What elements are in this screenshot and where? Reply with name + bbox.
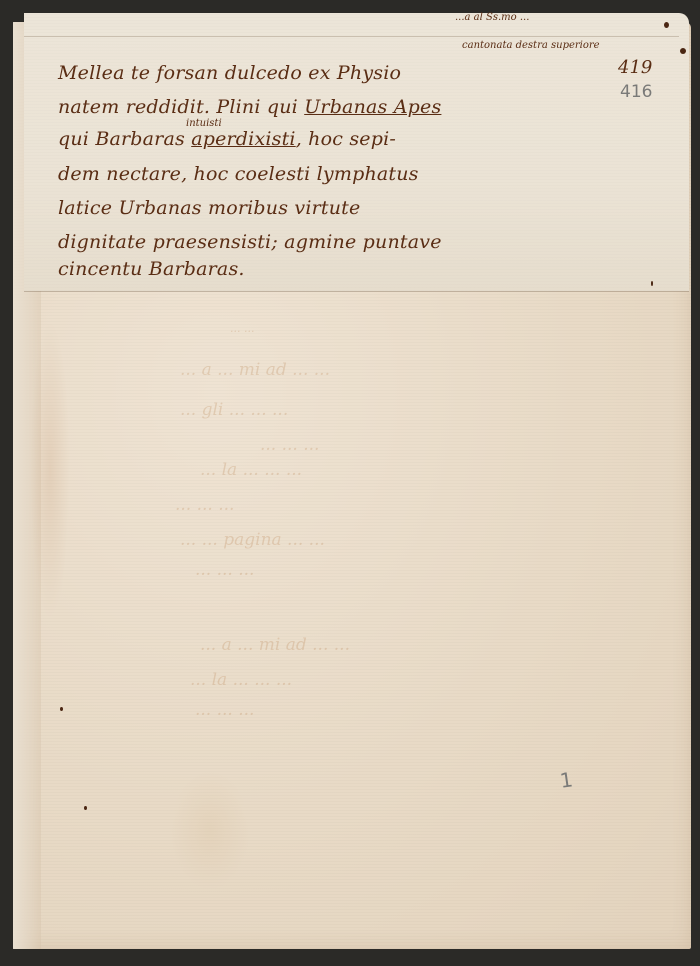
bleed-through-line: ... gli ... ... ...: [180, 400, 288, 420]
ink-spot: [680, 48, 686, 54]
bleed-through-line: ... la ... ... ...: [200, 460, 302, 480]
bleed-through-line: ... ... ...: [195, 560, 254, 580]
line-2-start: natem reddidit. Plini qui: [58, 96, 304, 118]
line-3-start: qui Barbaras: [58, 128, 191, 150]
bleed-through-line: ... a ... mi ad ... ...: [200, 635, 350, 655]
foxing-stain: [170, 770, 250, 890]
struck-word: aperdixisti: [191, 128, 296, 150]
manuscript-line-2: natem reddidit. Plini qui Urbanas Apes: [58, 96, 441, 118]
manuscript-line-4: dem nectare, hoc coelesti lymphatus: [58, 163, 419, 185]
ink-spot: [651, 281, 653, 286]
bleed-through-line: ... ... ...: [195, 700, 254, 720]
folio-number-ink: 419: [618, 57, 652, 78]
bleed-through-line: ... la ... ... ...: [190, 670, 292, 690]
header-note: cantonata destra superiore: [462, 40, 600, 51]
bleed-through-line: ... a ... mi ad ... ...: [180, 360, 330, 380]
bleed-through-line: ... ... ...: [260, 435, 319, 455]
line-3-end: , hoc sepi-: [296, 128, 396, 150]
ink-spot: [664, 22, 669, 28]
manuscript-line-3: qui Barbaras aperdixisti, hoc sepi-: [58, 128, 396, 150]
underlined-phrase: Urbanas Apes: [304, 96, 441, 118]
manuscript-line-1: Mellea te forsan dulcedo ex Physio: [58, 62, 401, 84]
ink-spot: [60, 707, 63, 711]
slip-fold-line: [24, 36, 679, 37]
manuscript-line-6: dignitate praesensisti; agmine puntave: [58, 231, 442, 253]
folio-number-pencil: 416: [620, 82, 652, 102]
bleed-through-line: ... ...: [230, 322, 254, 335]
bleed-through-line: ... ... ...: [175, 495, 234, 515]
top-edge-note: ...a al Ss.mo ...: [455, 12, 529, 23]
manuscript-line-5: latice Urbanas moribus virtute: [58, 197, 360, 219]
bleed-through-line: ... ... pagina ... ...: [180, 530, 325, 550]
foxing-stain: [30, 320, 70, 620]
manuscript-line-7: cincentu Barbaras.: [58, 258, 245, 280]
ink-spot: [84, 806, 87, 810]
